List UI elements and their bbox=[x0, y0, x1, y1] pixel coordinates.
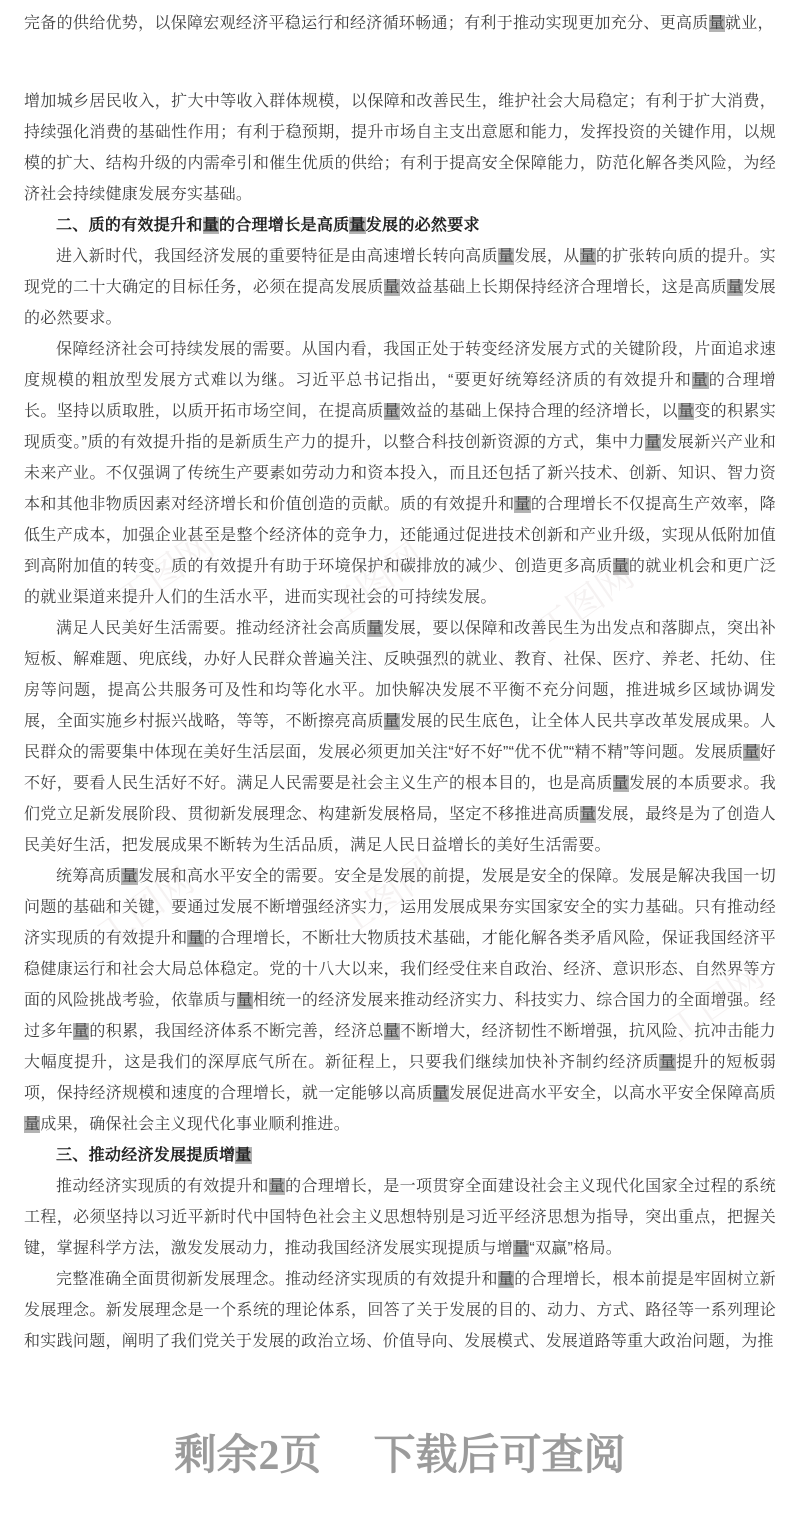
highlighted-term: 量 bbox=[727, 279, 743, 296]
highlighted-term: 量 bbox=[743, 744, 759, 761]
paragraph: 完整准确全面贯彻新发展理念。推动经济实现质的有效提升和量的合理增长，根本前提是牢… bbox=[24, 1264, 776, 1357]
highlighted-term: 量 bbox=[659, 1054, 676, 1071]
highlighted-term: 量 bbox=[187, 930, 203, 947]
paragraph: 保障经济社会可持续发展的需要。从国内看，我国正处于转变经济发展方式的关键阶段，片… bbox=[24, 334, 776, 613]
highlighted-term: 量 bbox=[121, 868, 137, 885]
highlighted-term: 量 bbox=[384, 279, 400, 296]
highlighted-term: 量 bbox=[513, 1240, 529, 1257]
highlighted-term: 量 bbox=[514, 496, 530, 513]
highlighted-term: 量 bbox=[203, 217, 219, 234]
paragraph: 推动经济实现质的有效提升和量的合理增长，是一项贯穿全面建设社会主义现代化国家全过… bbox=[24, 1171, 776, 1264]
paragraph-fragment: 增加城乡居民收入，扩大中等收入群体规模，以保障和改善民生，维护社会大局稳定；有利… bbox=[24, 86, 776, 210]
section-heading: 二、质的有效提升和量的合理增长是高质量发展的必然要求 bbox=[24, 210, 776, 241]
highlighted-term: 量 bbox=[384, 403, 400, 420]
highlighted-term: 量 bbox=[433, 1085, 449, 1102]
highlighted-term: 量 bbox=[367, 620, 383, 637]
paragraph: 满足人民美好生活需要。推动经济社会高质量发展，要以保障和改善民生为出发点和落脚点… bbox=[24, 613, 776, 861]
paragraph: 统筹高质量发展和高水平安全的需要。安全是发展的前提，发展是安全的保障。发展是解决… bbox=[24, 861, 776, 1140]
page-break-gap bbox=[24, 39, 776, 86]
highlighted-term: 量 bbox=[580, 248, 596, 265]
highlighted-term: 量 bbox=[678, 403, 694, 420]
highlighted-term: 量 bbox=[235, 1147, 251, 1164]
highlighted-term: 量 bbox=[498, 1271, 514, 1288]
pages-remaining-label: 剩余2页 bbox=[174, 1433, 321, 1479]
highlighted-term: 量 bbox=[237, 992, 253, 1009]
highlighted-term: 量 bbox=[645, 434, 661, 451]
highlighted-term: 量 bbox=[73, 1023, 89, 1040]
highlighted-term: 量 bbox=[349, 217, 365, 234]
highlighted-term: 量 bbox=[692, 372, 709, 389]
section-heading: 三、推动经济发展提质增量 bbox=[24, 1140, 776, 1171]
highlighted-term: 量 bbox=[498, 248, 514, 265]
paragraph-fragment: 完备的供给优势，以保障宏观经济平稳运行和经济循环畅通；有利于推动实现更加充分、更… bbox=[24, 8, 776, 39]
highlighted-term: 量 bbox=[384, 1023, 400, 1040]
download-hint-label: 下载后可查阅 bbox=[374, 1433, 626, 1479]
highlighted-term: 量 bbox=[269, 1178, 285, 1195]
highlighted-term: 量 bbox=[580, 806, 596, 823]
highlighted-term: 量 bbox=[24, 1116, 40, 1133]
highlighted-term: 量 bbox=[709, 15, 725, 32]
paragraph: 进入新时代，我国经济发展的重要特征是由高速增长转向高质量发展，从量的扩张转向质的… bbox=[24, 241, 776, 334]
document-preview-page: { "highlight": { "term": "量", "backgroun… bbox=[0, 0, 800, 1539]
highlighted-term: 量 bbox=[384, 713, 400, 730]
highlighted-term: 量 bbox=[613, 558, 629, 575]
highlighted-term: 量 bbox=[613, 775, 629, 792]
document-body: 完备的供给优势，以保障宏观经济平稳运行和经济循环畅通；有利于推动实现更加充分、更… bbox=[24, 8, 776, 1357]
preview-footer: 剩余2页下载后可查阅 bbox=[0, 1428, 800, 1484]
